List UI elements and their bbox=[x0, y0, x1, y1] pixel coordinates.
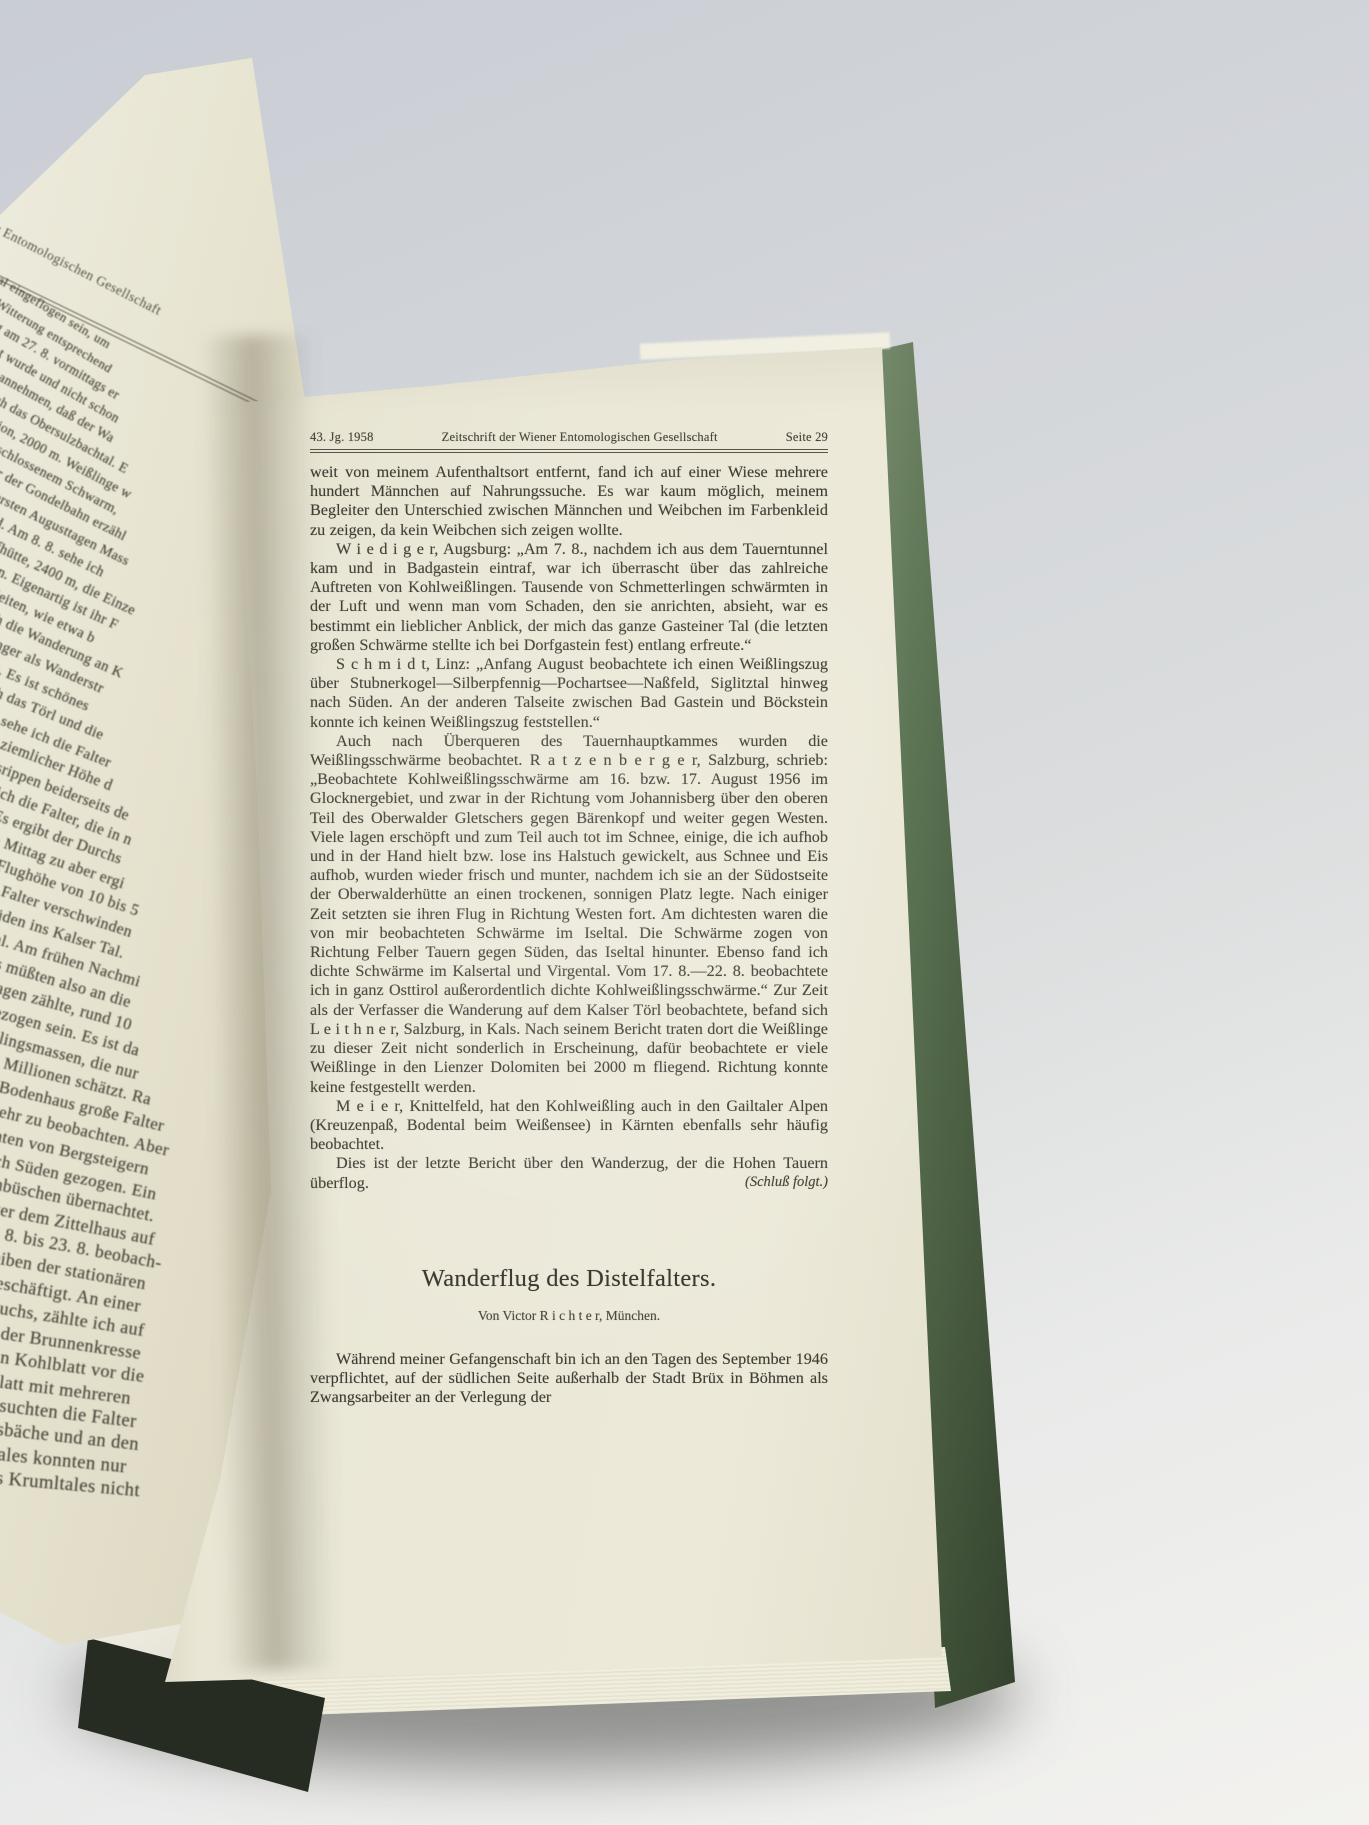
journal-page-number: Seite 29 bbox=[786, 430, 828, 445]
article-paragraph: S c h m i d t, Linz: „Anfang August beob… bbox=[310, 655, 828, 732]
journal-volume: 43. Jg. 1958 bbox=[310, 430, 374, 445]
article-title: Wanderflug des Distelfalters. bbox=[310, 1265, 828, 1293]
article-paragraph: Auch nach Überqueren des Tauernhauptkamm… bbox=[310, 732, 828, 1097]
article-end-body: weit von meinem Aufenthaltsort entfernt,… bbox=[310, 463, 828, 1193]
article-paragraph: M e i e r, Knittelfeld, hat den Kohlweiß… bbox=[310, 1097, 828, 1155]
article-byline: Von Victor R i c h t e r, München. bbox=[310, 1308, 828, 1324]
journal-title: Zeitschrift der Wiener Entomologischen G… bbox=[442, 430, 718, 445]
right-page-text-column: 43. Jg. 1958 Zeitschrift der Wiener Ento… bbox=[310, 430, 828, 1407]
journal-header: 43. Jg. 1958 Zeitschrift der Wiener Ento… bbox=[310, 430, 828, 445]
photo-background: { "colors": { "background_gray": "#d2d5d… bbox=[0, 0, 1369, 1825]
article-paragraph: weit von meinem Aufenthaltsort entfernt,… bbox=[310, 463, 828, 540]
gutter-shadow bbox=[200, 334, 338, 1671]
article-paragraph: W i e d i g e r, Augsburg: „Am 7. 8., na… bbox=[310, 540, 828, 655]
article-paragraph: Während meiner Gefangenschaft bin ich an… bbox=[310, 1350, 828, 1408]
left-page-running-header: er Entomologischen Gesellschaft bbox=[0, 218, 164, 319]
header-rule bbox=[310, 449, 828, 453]
closing-note: (Schluß folgt.) bbox=[310, 1174, 828, 1191]
new-article-body: Während meiner Gefangenschaft bin ich an… bbox=[310, 1350, 828, 1408]
